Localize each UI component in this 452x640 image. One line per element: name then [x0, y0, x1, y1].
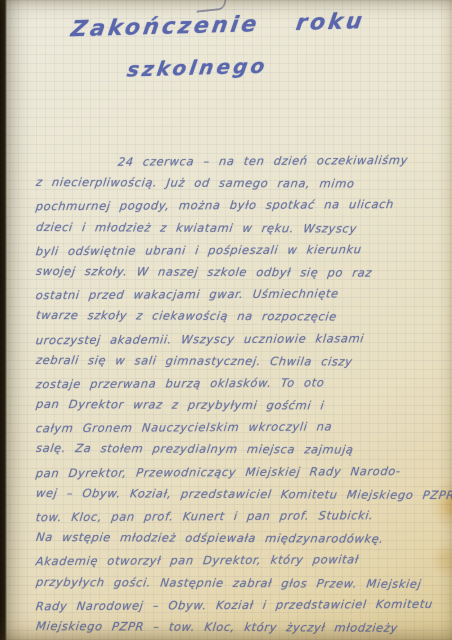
photo-vignette — [0, 0, 452, 640]
notebook-page-photo: Zakończenie roku szkolnego 24 czerwca – … — [0, 0, 452, 640]
